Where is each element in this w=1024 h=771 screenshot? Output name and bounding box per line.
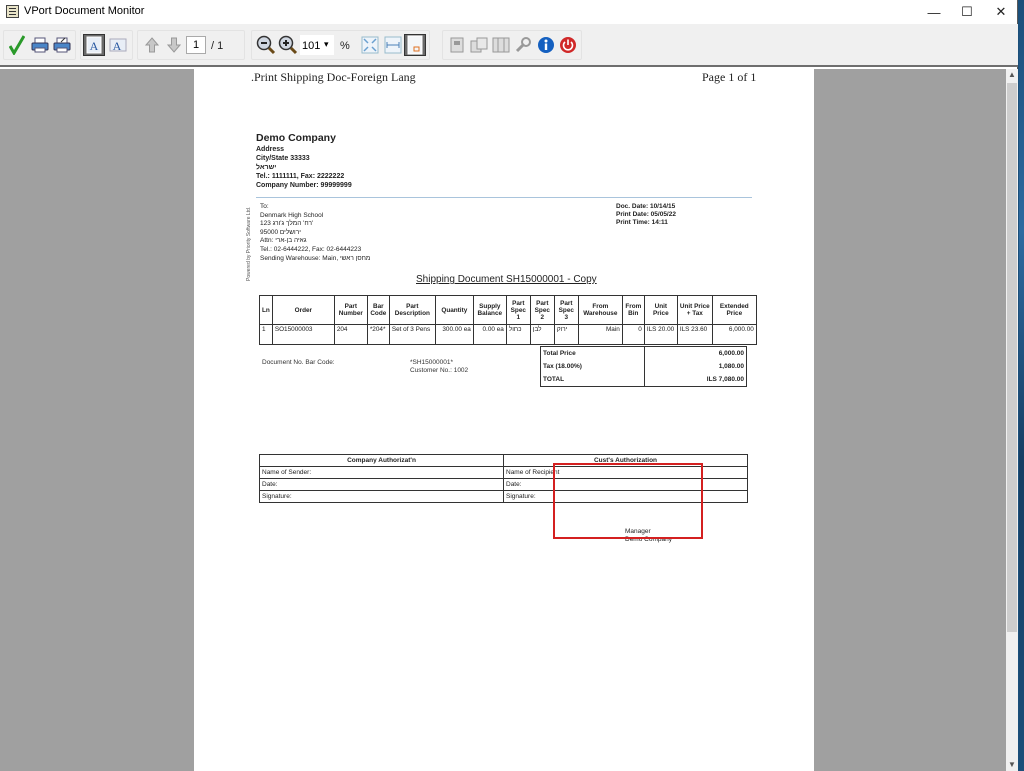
column-header: Extended Price — [712, 296, 756, 325]
items-table: LnOrderPart NumberBar CodePart Descripti… — [259, 295, 757, 345]
sender-date-cell: Date: — [260, 479, 504, 491]
arrow-down-icon — [167, 37, 181, 53]
page-up-button[interactable] — [141, 34, 163, 56]
fit-width-icon — [384, 36, 402, 54]
total-price-label: Total Price — [541, 347, 645, 360]
table-cell: *204* — [367, 325, 389, 345]
page-indicator: Page 1 of 1 — [702, 70, 756, 85]
text-a-outline-icon: A — [109, 37, 127, 53]
report-name: .Print Shipping Doc-Foreign Lang — [251, 70, 416, 85]
document-title: Shipping Document SH15000001 - Copy — [416, 274, 597, 285]
table-cell: כחול — [506, 325, 530, 345]
page-down-button[interactable] — [163, 34, 185, 56]
multi-page-icon — [470, 37, 488, 53]
to-label: To: — [260, 203, 370, 212]
single-page-icon — [450, 37, 464, 53]
table-cell: לבן — [530, 325, 554, 345]
info-icon — [537, 36, 555, 54]
printer-icon — [31, 37, 49, 53]
column-header: Quantity — [435, 296, 473, 325]
zoom-select[interactable]: 101 ▾ — [300, 35, 334, 55]
doc-date: Doc. Date: 10/14/15 — [616, 203, 676, 211]
company-block: Demo Company Address City/State 33333 יש… — [256, 132, 352, 190]
fit-width-button[interactable] — [382, 34, 404, 56]
column-header: Order — [272, 296, 334, 325]
printer-settings-icon — [53, 37, 71, 53]
company-address: Address — [256, 145, 352, 154]
recipient-attn: Attn: גאיה בן-ארי — [260, 237, 370, 246]
print-date: Print Date: 05/05/22 — [616, 211, 676, 219]
column-header: From Warehouse — [578, 296, 622, 325]
barcode-label: Document No. Bar Code: — [262, 359, 335, 367]
page-total: / 1 — [211, 40, 223, 52]
font-mode-a-button[interactable]: A — [83, 34, 105, 56]
date-block: Doc. Date: 10/14/15 Print Date: 05/05/22… — [616, 203, 676, 227]
divider — [256, 197, 752, 198]
tax-row: Tax (18.00%)1,080.00 — [541, 360, 746, 373]
table-row: 1SO15000003204*204*Set of 3 Pens300.00 e… — [260, 325, 757, 345]
table-cell: Main — [578, 325, 622, 345]
confirm-button[interactable] — [6, 34, 28, 56]
svg-text:A: A — [113, 39, 122, 53]
app-menu-icon[interactable] — [6, 5, 19, 18]
table-cell: 300.00 ea — [435, 325, 473, 345]
toolbar-group-navigation: 1 / 1 — [137, 30, 245, 60]
checkmark-icon — [9, 35, 25, 55]
tax-value: 1,080.00 — [645, 363, 746, 370]
multi-page-button[interactable] — [468, 34, 490, 56]
table-cell: Set of 3 Pens — [389, 325, 435, 345]
actual-size-button[interactable] — [404, 34, 426, 56]
table-cell: 6,000.00 — [712, 325, 756, 345]
scroll-thumb[interactable] — [1007, 83, 1017, 632]
toolbar: A A 1 / 1 101 — [0, 24, 1018, 67]
side-footer-text: Powered by Priority Software Ltd. — [246, 207, 252, 281]
text-a-icon: A — [86, 36, 102, 54]
title-bar: VPort Document Monitor — ☐ ✕ — [0, 0, 1017, 24]
settings-button[interactable] — [512, 34, 534, 56]
document-page: .Print Shipping Doc-Foreign Lang Page 1 … — [194, 69, 814, 771]
chevron-down-icon[interactable]: ▾ — [324, 39, 329, 50]
tax-label: Tax (18.00%) — [541, 360, 645, 373]
print-setup-button[interactable] — [51, 34, 73, 56]
barcode-block: *SH15000001* Customer No.: 1002 — [410, 359, 468, 375]
zoom-out-button[interactable] — [255, 34, 277, 56]
app-window: VPort Document Monitor — ☐ ✕ A A — [0, 0, 1018, 771]
font-mode-b-button[interactable]: A — [107, 34, 129, 56]
zoom-in-icon — [278, 35, 298, 55]
grand-total-label: TOTAL — [541, 373, 645, 386]
vertical-scrollbar[interactable]: ▲ ▼ — [1006, 69, 1018, 771]
actual-size-icon — [407, 35, 423, 55]
maximize-button[interactable]: ☐ — [950, 0, 984, 24]
column-header: Unit Price + Tax — [677, 296, 712, 325]
sending-warehouse: Sending Warehouse: Main, מחסן ראשי — [260, 255, 370, 264]
window-title: VPort Document Monitor — [24, 5, 144, 17]
info-button[interactable] — [535, 34, 557, 56]
recipient-city: ירושלים 95000 — [260, 229, 370, 238]
column-header: From Bin — [622, 296, 644, 325]
customer-number: Customer No.: 1002 — [410, 367, 468, 375]
total-price-row: Total Price6,000.00 — [541, 347, 746, 360]
minimize-button[interactable]: — — [917, 0, 951, 24]
barcode-value: *SH15000001* — [410, 359, 468, 367]
zoom-unit: % — [340, 40, 350, 52]
highlight-annotation — [553, 463, 703, 539]
fit-page-button[interactable] — [359, 34, 381, 56]
print-button[interactable] — [29, 34, 51, 56]
toolbar-group-font: A A — [80, 30, 133, 60]
single-page-button[interactable] — [446, 34, 468, 56]
column-header: Unit Price — [644, 296, 677, 325]
grand-total-row: TOTALILS 7,080.00 — [541, 373, 746, 386]
table-cell: ILS 23.60 — [677, 325, 712, 345]
exit-button[interactable] — [557, 34, 579, 56]
table-cell: SO15000003 — [272, 325, 334, 345]
column-header: Part Spec 1 — [506, 296, 530, 325]
columns-button[interactable] — [490, 34, 512, 56]
close-button[interactable]: ✕ — [984, 0, 1018, 24]
column-header: Part Description — [389, 296, 435, 325]
table-cell: 0 — [622, 325, 644, 345]
wrench-icon — [514, 36, 532, 54]
toolbar-group-view — [442, 30, 582, 60]
column-header: Ln — [260, 296, 273, 325]
table-cell: ILS 20.00 — [644, 325, 677, 345]
table-cell: 204 — [334, 325, 367, 345]
company-phone: Tel.: 1111111, Fax: 2222222 — [256, 172, 352, 181]
table-cell: 0.00 ea — [473, 325, 506, 345]
total-price-value: 6,000.00 — [645, 350, 746, 357]
recipient-name: Denmark High School — [260, 212, 370, 221]
desktop-background — [1019, 0, 1024, 771]
power-icon — [559, 36, 577, 54]
sender-signature-cell: Signature: — [260, 491, 504, 503]
columns-icon — [492, 37, 510, 53]
company-city: City/State 33333 — [256, 154, 352, 163]
scroll-down-arrow[interactable]: ▼ — [1006, 759, 1018, 771]
totals-box: Total Price6,000.00 Tax (18.00%)1,080.00… — [540, 346, 747, 387]
recipient-block: To: Denmark High School 123 רח' המלך ג'ו… — [260, 203, 370, 263]
document-viewer: .Print Shipping Doc-Foreign Lang Page 1 … — [0, 69, 1006, 771]
recipient-street: 123 רח' המלך ג'ורג' — [260, 220, 370, 229]
table-cell: ירוק — [554, 325, 578, 345]
grand-total-value: ILS 7,080.00 — [645, 376, 746, 383]
recipient-phone: Tel.: 02-6444222, Fax: 02-6444223 — [260, 246, 370, 255]
company-number: Company Number: 99999999 — [256, 181, 352, 190]
table-cell: 1 — [260, 325, 273, 345]
print-time: Print Time: 14:11 — [616, 219, 676, 227]
fit-page-icon — [361, 36, 379, 54]
sender-name-cell: Name of Sender: — [260, 467, 504, 479]
svg-text:A: A — [90, 39, 99, 53]
arrow-up-icon — [145, 37, 159, 53]
company-name: Demo Company — [256, 132, 352, 145]
company-auth-header: Company Authorizat'n — [260, 455, 504, 467]
zoom-in-button[interactable] — [277, 34, 299, 56]
toolbar-group-zoom: 101 ▾ % — [251, 30, 430, 60]
column-header: Part Number — [334, 296, 367, 325]
toolbar-group-print — [3, 30, 76, 60]
column-header: Part Spec 2 — [530, 296, 554, 325]
scroll-up-arrow[interactable]: ▲ — [1006, 69, 1018, 81]
zoom-out-icon — [256, 35, 276, 55]
zoom-value: 101 — [302, 40, 320, 52]
column-header: Bar Code — [367, 296, 389, 325]
company-country: ישראל — [256, 163, 352, 172]
column-header: Supply Balance — [473, 296, 506, 325]
column-header: Part Spec 3 — [554, 296, 578, 325]
page-number-input[interactable]: 1 — [186, 36, 206, 54]
